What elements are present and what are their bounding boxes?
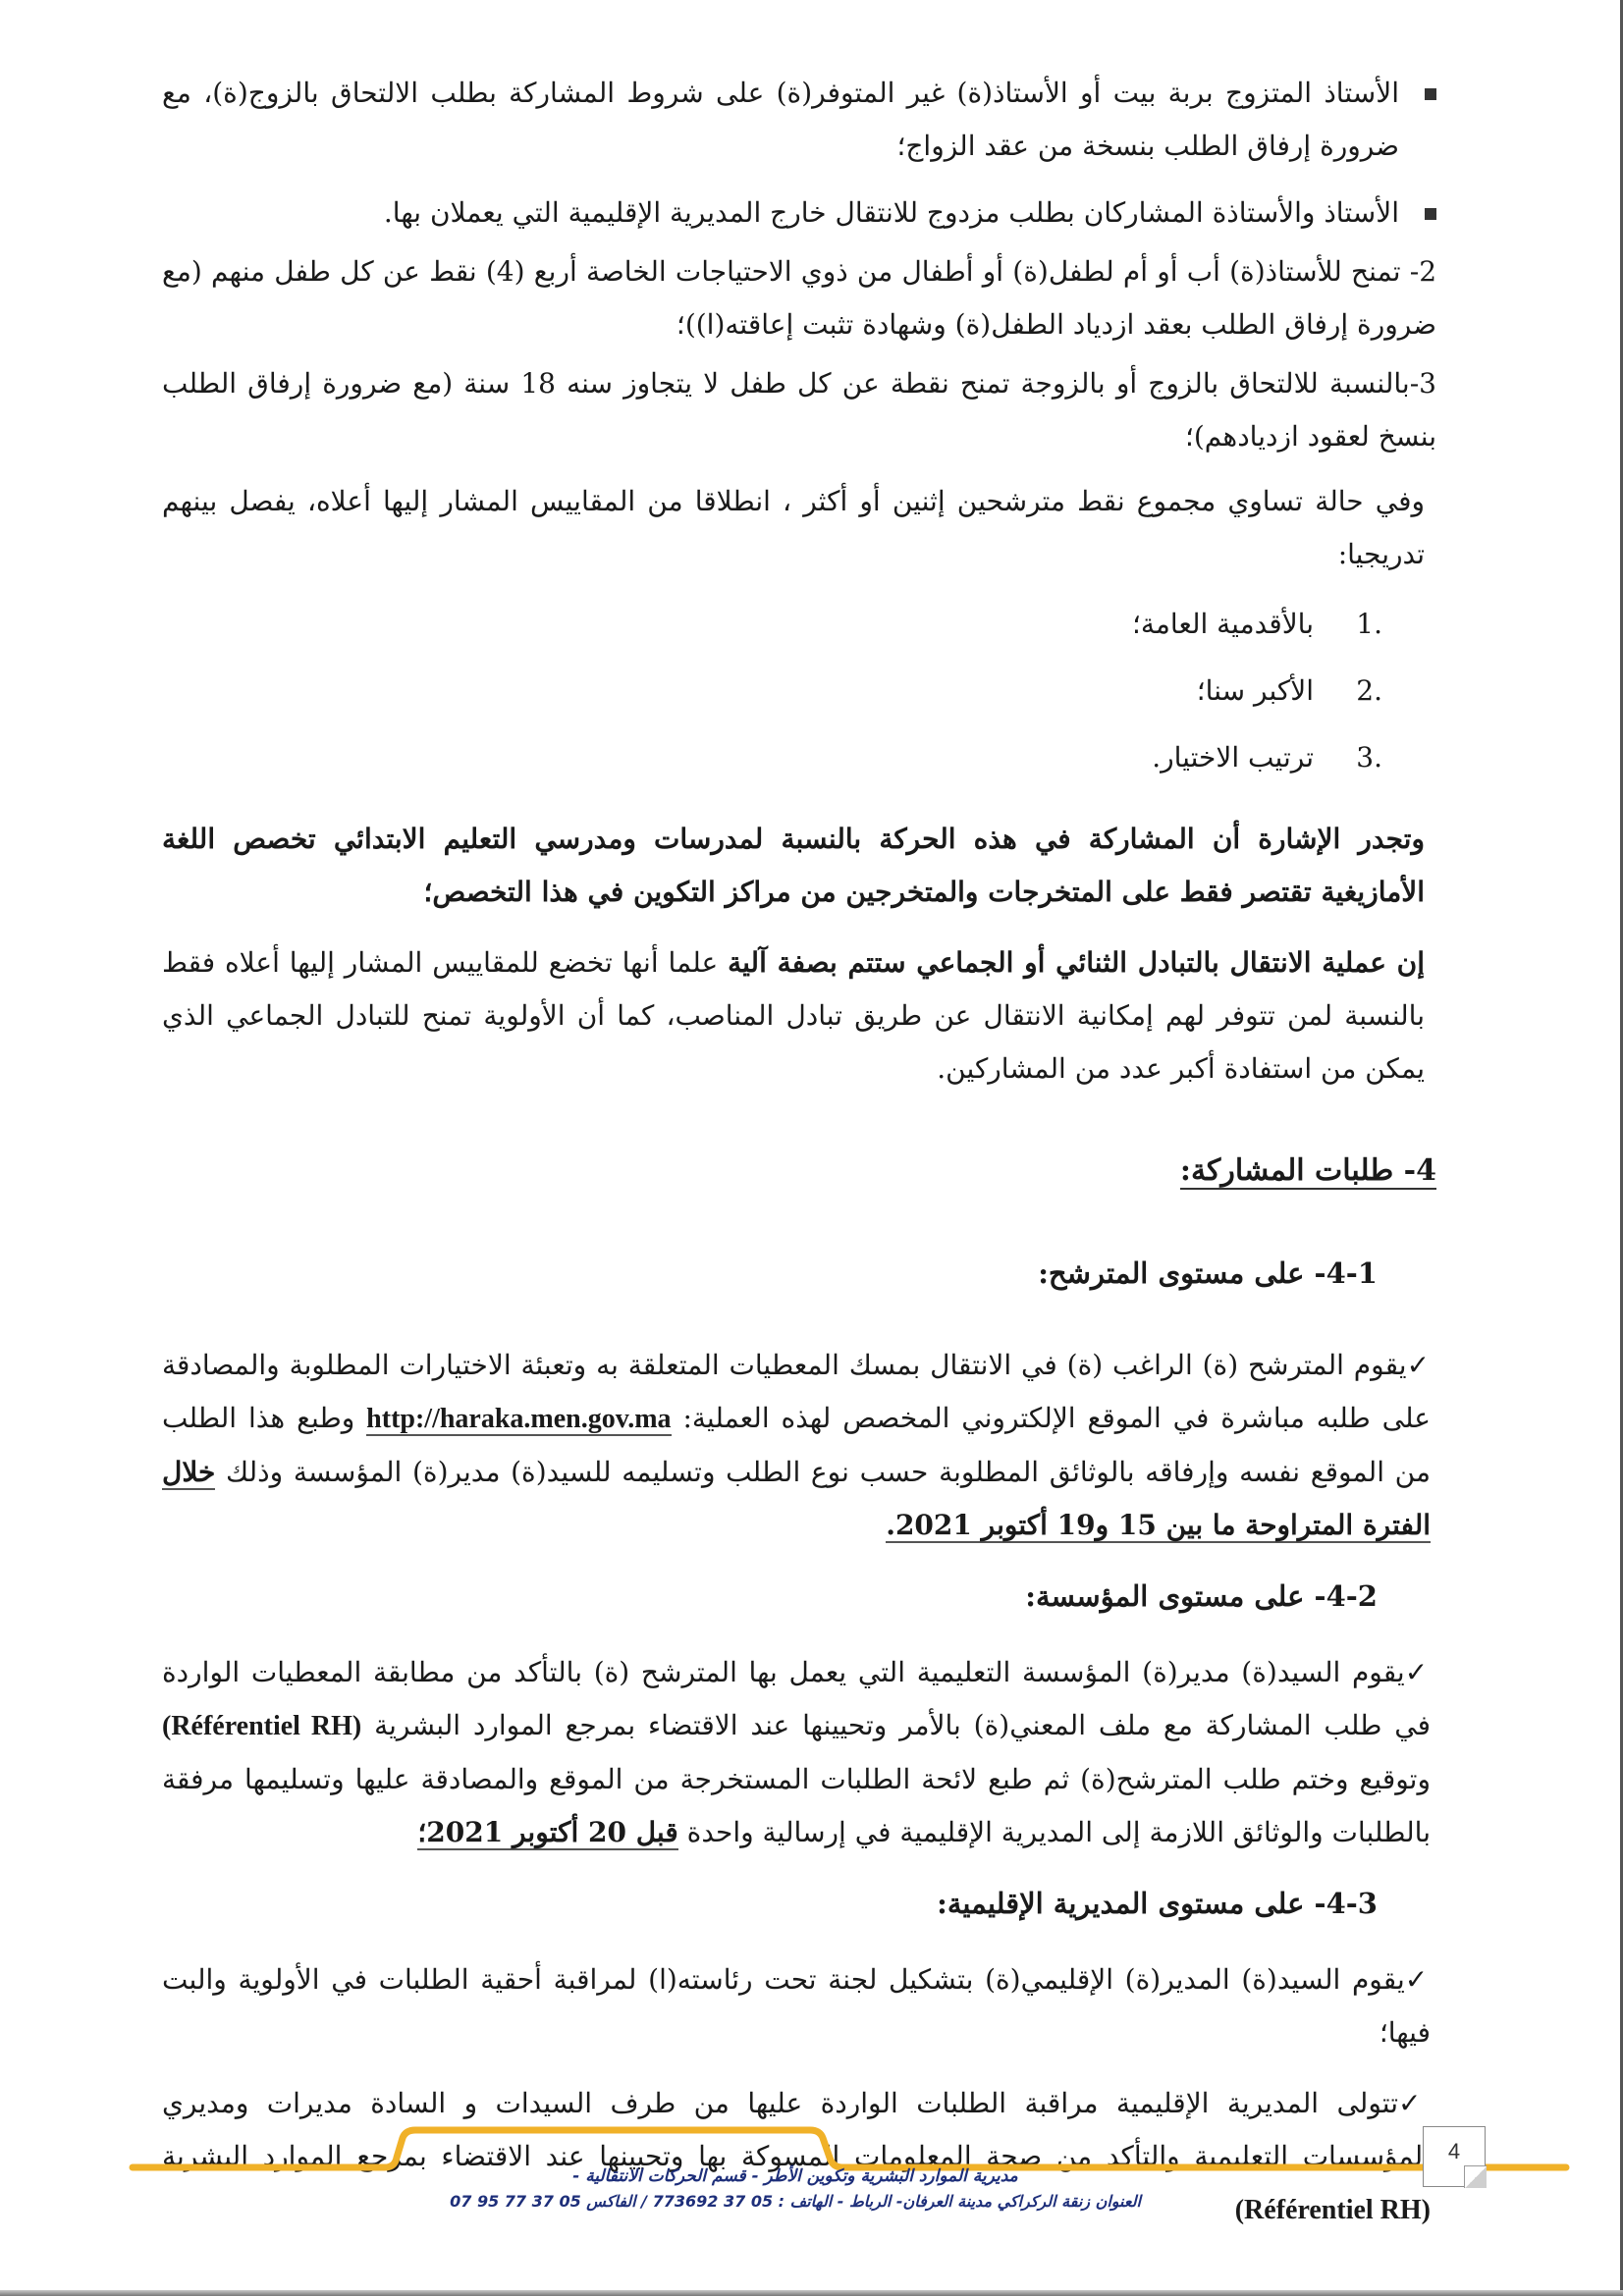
exchange-lead: إن عملية الانتقال بالتبادل الثنائي أو ال… (728, 946, 1425, 979)
subsection-school-title: 4-2- على مستوى المؤسسة: (162, 1570, 1378, 1623)
tie-break-item: 2. الأكبر سنا؛ (162, 658, 1382, 724)
school-instructions: ✓يقوم السيد(ة) مدير(ة) المؤسسة التعليمية… (162, 1646, 1436, 1859)
list-number: 2. (1314, 665, 1382, 718)
numbered-point-3: 3-بالنسبة للالتحاق بالزوج أو بالزوجة تمن… (162, 357, 1436, 463)
list-label: بالأقدمية العامة؛ (1132, 598, 1314, 651)
checkmark-icon: ✓ (1405, 1656, 1431, 1688)
square-bullet-icon (1425, 208, 1436, 220)
list-number: 1. (1314, 598, 1382, 651)
subsection-directorate-title: 4-3- على مستوى المديرية الإقليمية: (162, 1877, 1378, 1930)
candidate-instructions: ✓يقوم المترشح (ة) الراغب (ة) في الانتقال… (162, 1339, 1436, 1552)
checkmark-icon: ✓ (1407, 1349, 1431, 1381)
tie-break-item: 3. ترتيب الاختيار. (162, 724, 1382, 791)
exchange-paragraph: إن عملية الانتقال بالتبادل الثنائي أو ال… (162, 936, 1436, 1095)
bullet-item: الأستاذ المتزوج بربة بيت أو الأستاذ(ة) غ… (162, 67, 1436, 173)
square-bullet-icon (1425, 88, 1436, 100)
document-body: الأستاذ المتزوج بربة بيت أو الأستاذ(ة) غ… (162, 67, 1436, 2255)
page-number-box: 4 (1423, 2126, 1486, 2187)
list-number: 3. (1314, 731, 1382, 784)
referentiel-rh: (Référentiel RH) (162, 1711, 361, 1741)
bullet-text: الأستاذ والأستاذة المشاركان بطلب مزدوج ل… (384, 187, 1399, 240)
footer-address: العنوان زنقة الركراكي مدينة العرفان- الر… (373, 2192, 1217, 2211)
school-deadline: قبل 20 أكتوبر 2021؛ (417, 1816, 677, 1850)
list-label: الأكبر سنا؛ (1197, 665, 1314, 718)
section-title: 4- طلبات المشاركة: (162, 1145, 1436, 1198)
tie-break-intro: وفي حالة تساوي مجموع نقط مترشحين إثنين أ… (162, 475, 1436, 581)
subsection-candidate-title: 4-1- على مستوى المترشح: (162, 1247, 1378, 1300)
tie-break-list: 1. بالأقدمية العامة؛ 2. الأكبر سنا؛ 3. ت… (162, 591, 1436, 791)
list-label: ترتيب الاختيار. (1152, 731, 1314, 784)
amazigh-note: وتجدر الإشارة أن المشاركة في هذه الحركة … (162, 813, 1436, 919)
directorate-item-1: ✓يقوم السيد(ة) المدير(ة) الإقليمي(ة) بتش… (162, 1953, 1436, 2059)
haraka-link[interactable]: http://haraka.men.gov.ma (366, 1404, 671, 1436)
page-curl-icon (1464, 2165, 1487, 2188)
footer-department: مديرية الموارد البشرية وتكوين الأطر - قس… (373, 2166, 1217, 2186)
scan-bottom-edge (0, 2290, 1623, 2296)
document-page: الأستاذ المتزوج بربة بيت أو الأستاذ(ة) غ… (0, 0, 1623, 2296)
bullet-text: الأستاذ المتزوج بربة بيت أو الأستاذ(ة) غ… (162, 67, 1399, 173)
bullet-item: الأستاذ والأستاذة المشاركان بطلب مزدوج ل… (162, 187, 1436, 240)
tie-break-item: 1. بالأقدمية العامة؛ (162, 591, 1382, 658)
checkmark-icon: ✓ (1405, 1963, 1431, 1996)
page-number: 4 (1448, 2139, 1460, 2163)
numbered-point-2: 2- تمنح للأستاذ(ة) أب أو أم لطفل(ة) أو أ… (162, 245, 1436, 351)
